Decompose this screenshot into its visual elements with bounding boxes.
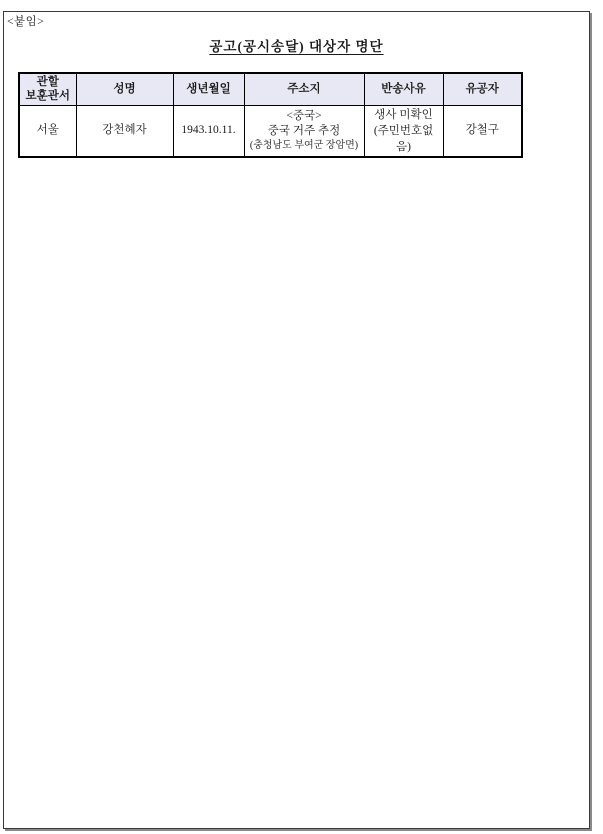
cell-address: <중국> 중국 거주 추정 (충청남도 부여군 장암면) bbox=[244, 105, 364, 157]
notice-recipient-table: 관할 보훈관서 성명 생년월일 주소지 반송사유 유공자 서울 강천혜자 194… bbox=[18, 72, 523, 158]
cell-birth-date: 1943.10.11. bbox=[173, 105, 244, 157]
address-estimate: 중국 거주 추정 bbox=[247, 124, 362, 139]
header-cell-return-reason: 반송사유 bbox=[364, 73, 443, 105]
header-cell-address: 주소지 bbox=[244, 73, 364, 105]
table-row: 서울 강천혜자 1943.10.11. <중국> 중국 거주 추정 (충청남도 … bbox=[19, 105, 522, 157]
attachment-label: <붙임> bbox=[7, 13, 44, 29]
return-reason-detail: (주민번호없음) bbox=[367, 123, 441, 155]
cell-return-reason: 생사 미확인 (주민번호없음) bbox=[364, 105, 443, 157]
cell-patriot: 강철구 bbox=[443, 105, 522, 157]
return-reason-main: 생사 미확인 bbox=[367, 107, 441, 123]
address-detail: (충청남도 부여군 장암면) bbox=[247, 139, 362, 152]
page-title: 공고(공시송달) 대상자 명단 bbox=[4, 35, 589, 55]
cell-office: 서울 bbox=[19, 105, 76, 157]
cell-name: 강천혜자 bbox=[76, 105, 173, 157]
header-cell-birth-date: 생년월일 bbox=[173, 73, 244, 105]
header-cell-name: 성명 bbox=[76, 73, 173, 105]
document-page: <붙임> 공고(공시송달) 대상자 명단 관할 보훈관서 성명 생년월일 주소지… bbox=[3, 11, 590, 829]
header-cell-office: 관할 보훈관서 bbox=[19, 73, 76, 105]
address-country: <중국> bbox=[247, 109, 362, 124]
page-title-text: 공고(공시송달) 대상자 명단 bbox=[209, 39, 383, 54]
header-cell-patriot: 유공자 bbox=[443, 73, 522, 105]
table-header-row: 관할 보훈관서 성명 생년월일 주소지 반송사유 유공자 bbox=[19, 73, 522, 105]
